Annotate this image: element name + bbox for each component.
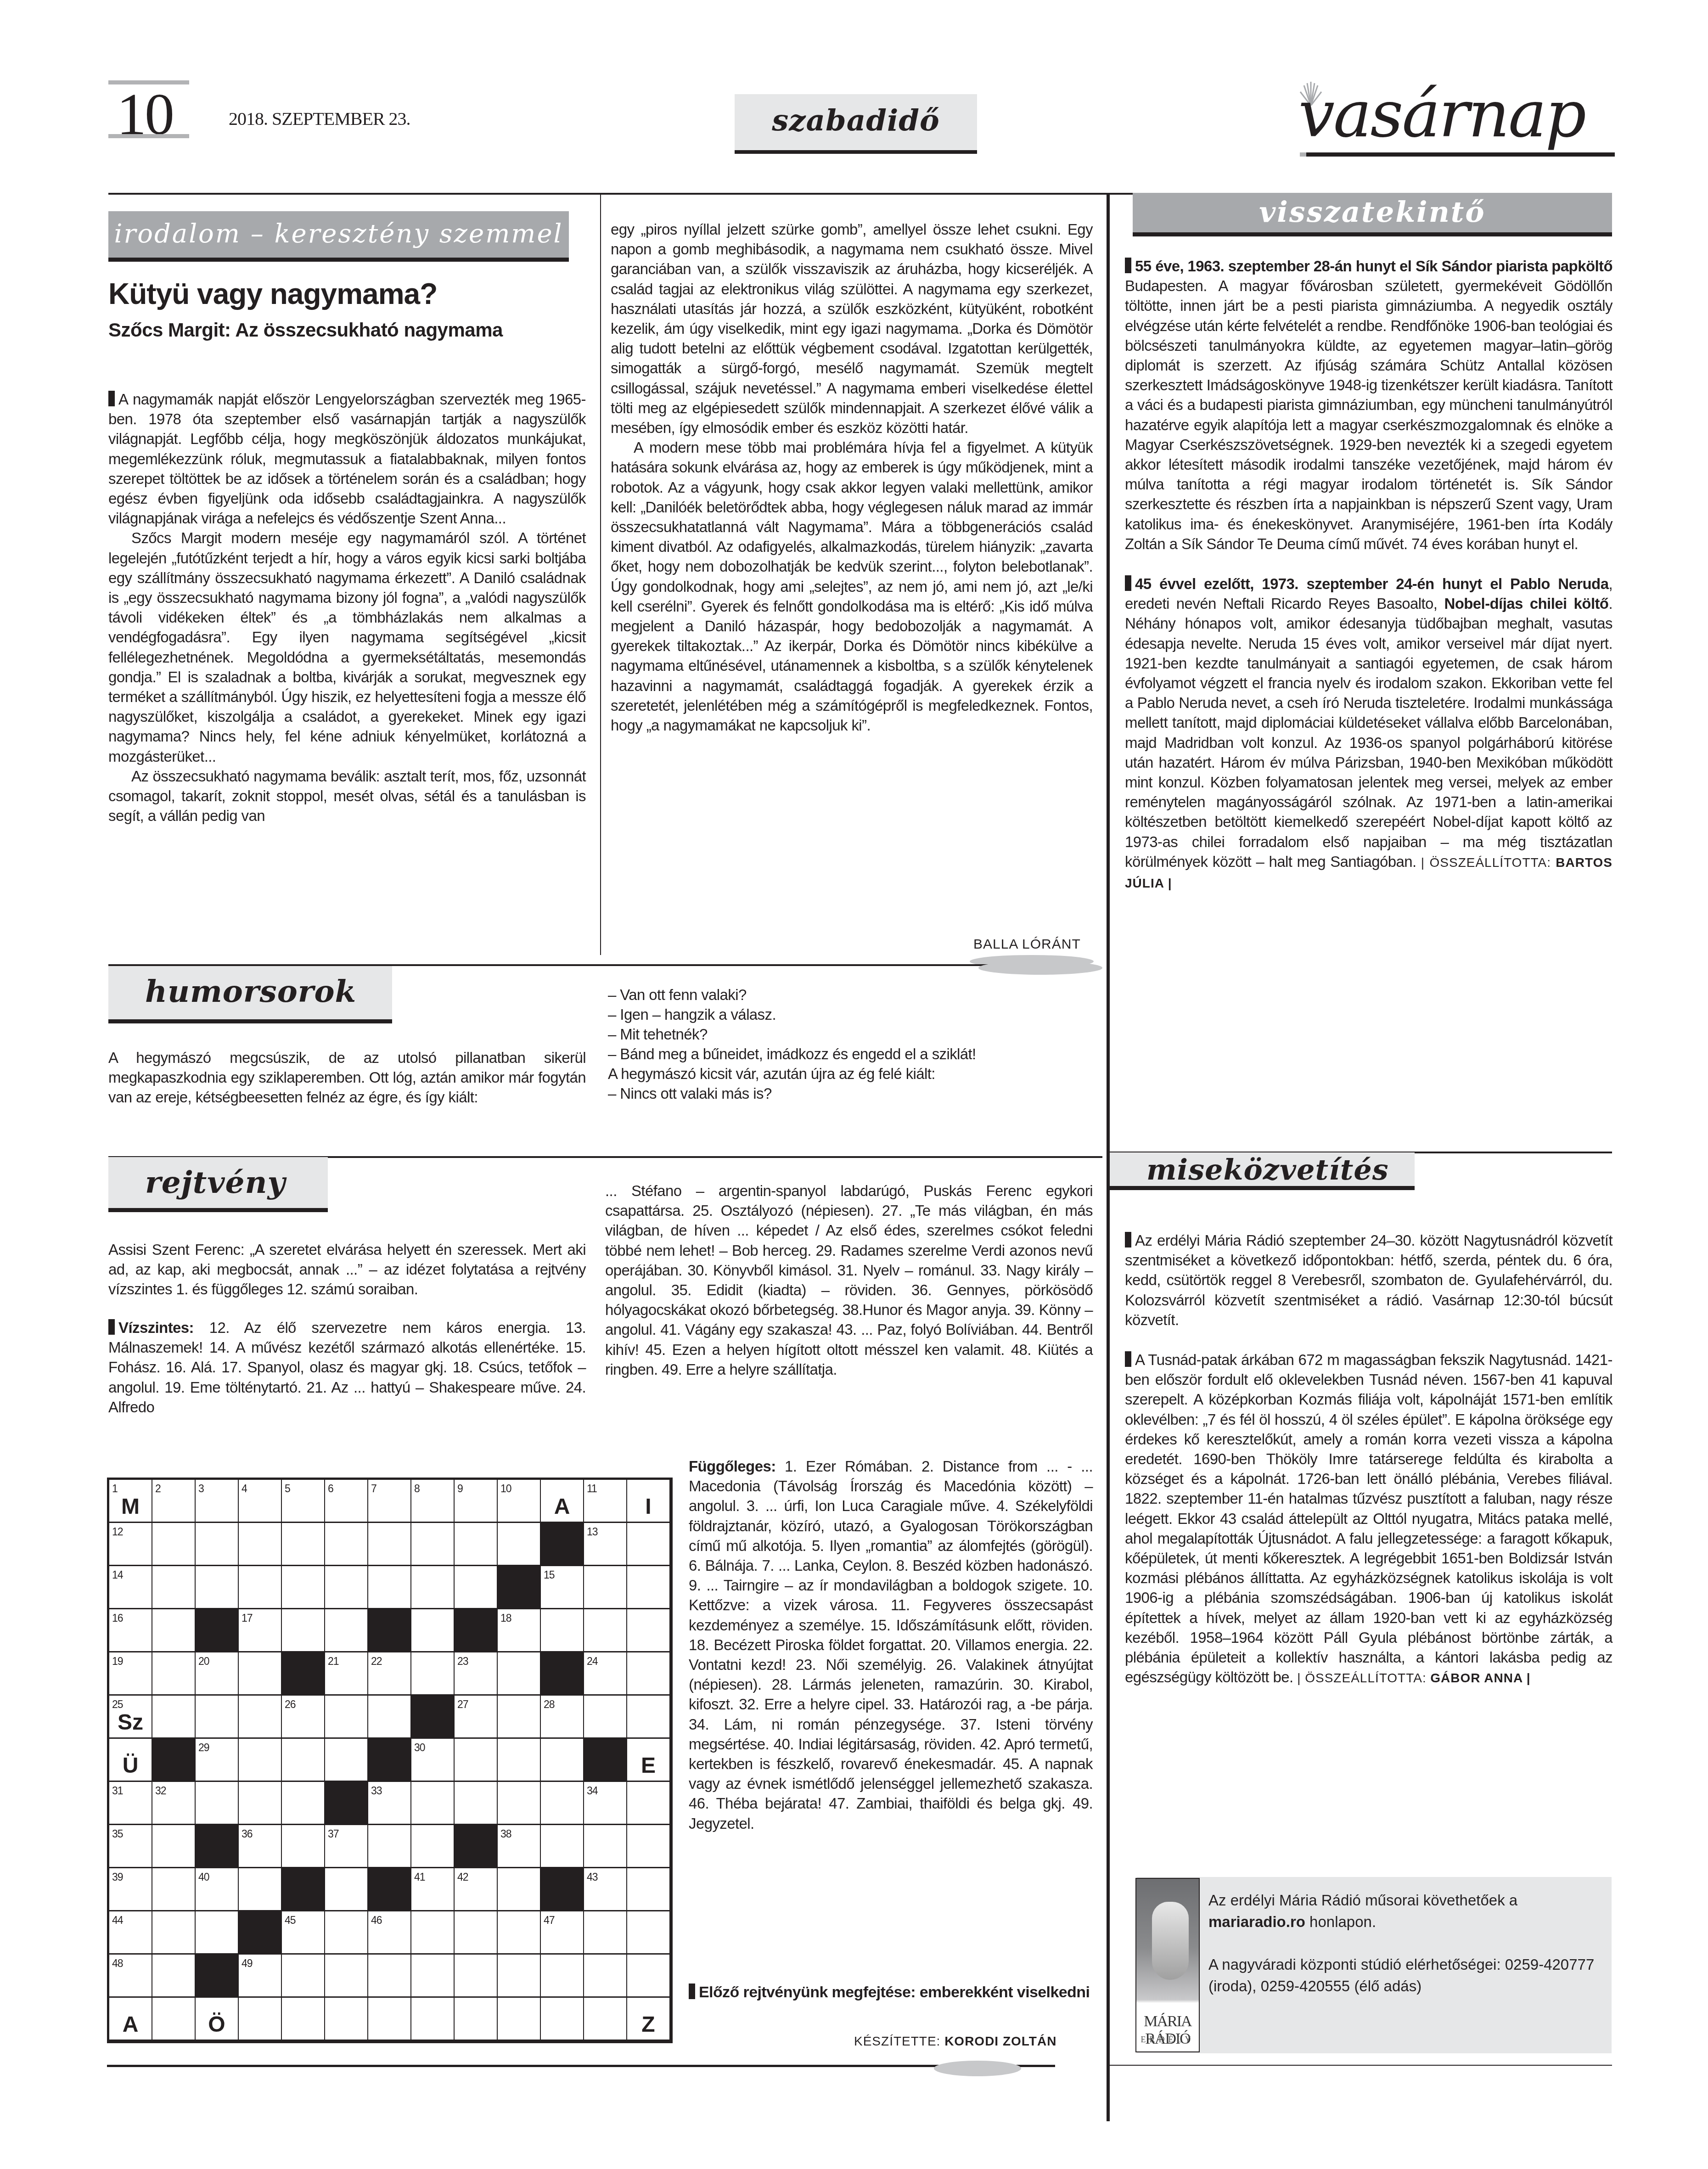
maria-radio-logo-image: MÁRIA RÁDIÓ ERDÉLY [1135,1878,1200,2052]
crossword-cell[interactable] [325,1566,368,1609]
cell-number: 29 [198,1742,209,1754]
issue-date: 2018. SZEPTEMBER 23. [229,108,410,129]
crossword-cell[interactable]: 38 [498,1825,541,1868]
crossword-cell[interactable] [325,1868,368,1911]
paragraph-bullet [108,391,115,406]
crossword-cell[interactable] [152,1955,196,1998]
article-paragraph: A modern mese több mai problémára hívja … [611,438,1093,735]
credit-label: | ÖSSZEÁLLÍTOTTA: [1297,1671,1427,1685]
crossword-cell[interactable] [282,1998,325,2041]
crossword-cell[interactable] [411,1998,455,2041]
cell-number: 34 [587,1785,598,1797]
crossword-cell[interactable] [411,1523,455,1566]
crossword-cell[interactable] [152,1566,196,1609]
crossword-cell[interactable] [239,1998,282,2041]
previous-solution-text: Előző rejtvényünk megfejtése: emberekkén… [699,1984,1090,2001]
crossword-cell[interactable]: A [109,1998,152,2041]
crossword-cell[interactable]: 5 [282,1480,325,1523]
crossword-cell[interactable] [368,1998,411,2041]
crossword-cell[interactable] [196,1782,239,1825]
mass-rubric: miseközvetítés [1110,1152,1415,1190]
cell-number: 1 [112,1483,118,1495]
crossword-cell[interactable]: 47 [541,1911,584,1955]
crossword-cell[interactable]: 9 [455,1480,498,1523]
crossword-cell[interactable]: 40 [196,1868,239,1911]
bottom-oval-decoration [934,2061,1021,2076]
cell-number: 18 [500,1612,511,1624]
cell-number: 48 [112,1957,123,1970]
crossword-cell[interactable] [498,1998,541,2041]
newspaper-logo: vasárnap [1298,83,1585,147]
crossword-cell[interactable] [325,1696,368,1739]
crossword-black-cell [152,1739,196,1782]
across-label: Vízszintes: [118,1319,194,1336]
maker-name: KORODI ZOLTÁN [944,2034,1056,2048]
crossword-cell[interactable]: A [541,1480,584,1523]
radio-url-link[interactable]: mariaradio.ro [1208,1913,1305,1930]
retro-item2-emphasis: Nobel-díjas chilei költő [1444,595,1608,612]
crossword-cell[interactable] [196,1911,239,1955]
crossword-cell[interactable] [239,1782,282,1825]
humor-line: – Mit tehetnék? [608,1024,1090,1044]
cell-number: 3 [198,1483,204,1495]
cell-number: 4 [242,1483,247,1495]
section-title: szabadidő [735,94,977,154]
crossword-cell[interactable] [627,1652,670,1696]
crossword-cell[interactable] [411,1566,455,1609]
cell-number: 33 [371,1785,382,1797]
crossword-cell[interactable] [541,1955,584,1998]
cell-number: 16 [112,1612,123,1624]
column-divider-article [600,193,601,955]
cell-letter: M [109,1496,152,1518]
crossword-cell[interactable]: Z [627,1998,670,2041]
paragraph-bullet [1125,1232,1131,1247]
crossword-cell[interactable] [325,1998,368,2041]
crossword-cell[interactable] [455,1523,498,1566]
crossword-cell[interactable] [584,1998,627,2041]
crossword-cell[interactable]: 22 [368,1652,411,1696]
crossword-cell[interactable]: 37 [325,1825,368,1868]
crossword-cell[interactable]: 13 [584,1523,627,1566]
humor-oval-decoration [978,961,1102,975]
cell-number: 9 [457,1483,463,1495]
crossword-cell[interactable] [282,1955,325,1998]
humor-line: A hegymászó kicsit vár, azután újra az é… [608,1064,1090,1084]
crossword-cell[interactable]: 49 [239,1955,282,1998]
cell-number: 46 [371,1914,382,1927]
crossword-cell[interactable] [325,1739,368,1782]
cell-number: 35 [112,1828,123,1840]
cell-number: 47 [544,1914,555,1927]
crossword-cell[interactable] [411,1782,455,1825]
crossword-cell[interactable]: 4 [239,1480,282,1523]
crossword-cell[interactable] [498,1911,541,1955]
article-subtitle: Szőcs Margit: Az összecsukható nagymama [108,317,522,343]
crossword-cell[interactable]: 25Sz [109,1696,152,1739]
crossword-cell[interactable]: 28 [541,1696,584,1739]
article-column-1: A nagymamák napját először Lengyelország… [108,389,586,826]
crossword-cell[interactable]: 29 [196,1739,239,1782]
crossword-cell[interactable] [196,1566,239,1609]
down-label: Függőleges: [689,1458,776,1475]
crossword-black-cell [196,1609,239,1652]
article-paragraph: egy „piros nyíllal jelzett szürke gomb”,… [611,219,1093,438]
cell-number: 38 [500,1828,511,1840]
crossword-cell[interactable]: 44 [109,1911,152,1955]
cell-number: 23 [457,1655,468,1668]
puzzle-intro: Assisi Szent Ferenc: „A szeretet elvárás… [108,1240,586,1299]
crossword-cell[interactable] [239,1696,282,1739]
crossword-cell[interactable] [152,1998,196,2041]
crossword-cell[interactable] [584,1696,627,1739]
crossword-cell[interactable]: 31 [109,1782,152,1825]
crossword-cell[interactable] [411,1911,455,1955]
crossword-cell[interactable]: 16 [109,1609,152,1652]
crossword-cell[interactable] [282,1566,325,1609]
crossword-black-cell [325,1782,368,1825]
crossword-cell[interactable]: 34 [584,1782,627,1825]
crossword-black-cell [455,1609,498,1652]
cell-number: 36 [242,1828,253,1840]
crossword-cell[interactable] [152,1696,196,1739]
crossword-cell[interactable]: 32 [152,1782,196,1825]
crossword-cell[interactable]: 2 [152,1480,196,1523]
cell-number: 39 [112,1871,123,1883]
crossword-cell[interactable]: 14 [109,1566,152,1609]
crossword-cell[interactable]: 18 [498,1609,541,1652]
page-number-bottom-bar [108,134,189,138]
bottom-rule [107,2065,1055,2067]
crossword-cell[interactable] [196,1523,239,1566]
radio-info-text: Az erdélyi Mária Rádió műsorai követhető… [1208,1889,1599,1997]
madonna-image-icon [1152,1902,1189,1980]
cell-number: 42 [457,1871,468,1883]
crossword-cell[interactable]: 12 [109,1523,152,1566]
puzzle-across-clues-part2: ... Stéfano – argentin-spanyol labdarúgó… [605,1181,1093,1379]
cell-number: 43 [587,1871,598,1883]
cell-number: 7 [371,1483,376,1495]
crossword-cell[interactable] [152,1523,196,1566]
cell-letter: I [627,1496,669,1518]
cell-number: 14 [112,1569,123,1581]
crossword-cell[interactable]: 11 [584,1480,627,1523]
maker-label: KÉSZÍTETTE: [854,2034,940,2048]
crossword-cell[interactable] [498,1739,541,1782]
crossword-cell[interactable] [282,1782,325,1825]
cell-number: 11 [587,1483,597,1495]
crossword-cell[interactable] [627,1825,670,1868]
puzzle-down-clues: Függőleges: 1. Ezer Rómában. 2. Distance… [689,1456,1093,1833]
crossword-cell[interactable] [239,1739,282,1782]
crossword-cell[interactable]: 8 [411,1480,455,1523]
crossword-cell[interactable] [368,1696,411,1739]
crossword-cell[interactable] [368,1955,411,1998]
crossword-cell[interactable] [455,1782,498,1825]
crossword-cell[interactable] [584,1955,627,1998]
crossword-black-cell [498,1566,541,1609]
paragraph-bullet [1125,1351,1131,1367]
puzzle-across-clues-part1: Vízszintes: 12. Az élő szervezetre nem k… [108,1318,586,1417]
crossword-cell[interactable] [455,1955,498,1998]
crossword-cell[interactable] [239,1523,282,1566]
crossword-cell[interactable] [411,1825,455,1868]
article-column-2: egy „piros nyíllal jelzett szürke gomb”,… [611,219,1093,735]
crossword-black-cell [368,1739,411,1782]
crossword-cell[interactable]: 15 [541,1566,584,1609]
article-paragraph: Szőcs Margit modern meséje egy nagymamár… [108,528,586,766]
humor-dialogue: – Van ott fenn valaki? – Igen – hangzik … [608,985,1090,1103]
cell-letter: Ö [196,2014,238,2036]
retro-item2-headline: 45 évvel ezelőtt, 1973. szeptember 24-én… [1135,575,1608,592]
cell-number: 8 [414,1483,420,1495]
mass-column: Az erdélyi Mária Rádió szeptember 24–30.… [1125,1231,1612,1688]
paragraph-bullet [108,1319,115,1335]
crossword-cell[interactable] [627,1609,670,1652]
crossword-cell[interactable] [498,1523,541,1566]
crossword-cell[interactable] [282,1825,325,1868]
crossword-cell[interactable] [541,1609,584,1652]
crossword-cell[interactable] [498,1696,541,1739]
crossword-cell[interactable] [498,1868,541,1911]
crossword-cell[interactable] [627,1868,670,1911]
crossword-black-cell [196,1955,239,1998]
crossword-cell[interactable]: 24 [584,1652,627,1696]
puzzle-maker: KÉSZÍTETTE: KORODI ZOLTÁN [854,2034,1056,2049]
crossword-cell[interactable] [239,1868,282,1911]
crossword-cell[interactable] [411,1609,455,1652]
crossword-cell[interactable]: 3 [196,1480,239,1523]
radio-text: Az erdélyi Mária Rádió műsorai követhető… [1208,1892,1517,1909]
crossword-cell[interactable] [455,1566,498,1609]
humor-line: – Bánd meg a bűneidet, imádkozz és enged… [608,1044,1090,1064]
crossword-cell[interactable] [325,1955,368,1998]
cell-number: 28 [544,1698,555,1711]
crossword-cell[interactable] [584,1911,627,1955]
crossword-cell[interactable]: 42 [455,1868,498,1911]
cell-number: 30 [414,1742,425,1754]
article-title: Kütyü vagy nagymama? [108,278,437,310]
humor-line: – Van ott fenn valaki? [608,985,1090,1005]
mass-bottom-rule [1110,2065,1612,2066]
crossword-cell[interactable]: 17 [239,1609,282,1652]
cell-letter: Z [627,2014,669,2036]
cell-number: 45 [285,1914,296,1927]
cell-number: 49 [242,1957,253,1970]
crossword-cell[interactable]: Ü [109,1739,152,1782]
crossword-cell[interactable] [325,1911,368,1955]
crossword-black-cell [368,1868,411,1911]
crossword-cell[interactable] [627,1696,670,1739]
crossword-cell[interactable]: 27 [455,1696,498,1739]
crossword-cell[interactable] [455,1998,498,2041]
cell-number: 19 [112,1655,123,1668]
credit-name: GÁBOR ANNA | [1430,1671,1530,1685]
crossword-cell[interactable] [152,1652,196,1696]
article-rubric: irodalom – keresztény szemmel [108,211,569,262]
cell-number: 12 [112,1526,123,1538]
crossword-cell[interactable]: I [627,1480,670,1523]
paragraph-bullet [1125,575,1131,591]
cell-letter: Ü [109,1755,152,1777]
cell-letter: E [627,1755,669,1777]
crossword-cell[interactable]: 30 [411,1739,455,1782]
crossword-grid[interactable]: 1M2345678910A11I121314151617181920212223… [107,1478,673,2043]
cell-number: 32 [155,1785,166,1797]
crossword-black-cell [368,1609,411,1652]
crossword-cell[interactable] [498,1955,541,1998]
crossword-cell[interactable] [239,1652,282,1696]
crossword-cell[interactable] [498,1652,541,1696]
cell-number: 25 [112,1698,123,1711]
logo-rule [1306,152,1615,157]
retro-item2-text: . Néhány hónapos volt, amikor édesanyja … [1125,595,1612,870]
cell-number: 22 [371,1655,382,1668]
crossword-cell[interactable] [584,1825,627,1868]
credit-label: | ÖSSZEÁLLÍTOTTA: [1421,855,1551,870]
crossword-cell[interactable] [627,1523,670,1566]
crossword-cell[interactable] [152,1911,196,1955]
crossword-cell[interactable]: 43 [584,1868,627,1911]
mass-paragraph: A Tusnád-patak árkában 672 m magasságban… [1125,1351,1612,1686]
article-paragraph: Az összecsukható nagymama beválik: aszta… [108,766,586,826]
crossword-cell[interactable] [541,1998,584,2041]
crossword-cell[interactable] [368,1566,411,1609]
crossword-cell[interactable] [627,1911,670,1955]
crossword-cell[interactable] [368,1523,411,1566]
cell-letter: A [109,2014,152,2036]
crossword-cell[interactable] [282,1609,325,1652]
cell-number: 10 [500,1483,511,1495]
humor-line: – Igen – hangzik a válasz. [608,1005,1090,1024]
crossword-black-cell [282,1652,325,1696]
crossword-cell[interactable] [627,1566,670,1609]
crossword-cell[interactable]: 6 [325,1480,368,1523]
crossword-cell[interactable] [368,1825,411,1868]
crossword-cell[interactable] [541,1825,584,1868]
cell-number: 21 [328,1655,339,1668]
cell-letter: Sz [109,1712,152,1734]
paragraph-bullet [1125,258,1131,273]
crossword-cell[interactable]: 1M [109,1480,152,1523]
crossword-cell[interactable] [627,1782,670,1825]
crossword-black-cell [196,1825,239,1868]
crossword-cell[interactable] [152,1825,196,1868]
cell-number: 27 [457,1698,468,1711]
humor-line: – Nincs ott valaki más is? [608,1084,1090,1103]
crossword-cell[interactable]: 7 [368,1480,411,1523]
crossword-black-cell [411,1696,455,1739]
crossword-cell[interactable] [455,1911,498,1955]
cell-number: 5 [285,1483,290,1495]
cell-number: 31 [112,1785,123,1797]
crossword-cell[interactable] [541,1782,584,1825]
cell-number: 41 [414,1871,425,1883]
article-author: BALLA LÓRÁNT [973,937,1081,952]
cell-number: 37 [328,1828,339,1840]
article-paragraph: A nagymamák napját először Lengyelország… [108,391,586,527]
crossword-cell[interactable] [282,1739,325,1782]
radio-text: honlapon. [1305,1913,1376,1930]
crossword-cell[interactable] [498,1782,541,1825]
retro-rubric: visszatekintő [1133,193,1612,236]
radio-logo-subtext: ERDÉLY [1136,2035,1199,2045]
paragraph-bullet [689,1984,695,1999]
crossword-cell[interactable] [411,1652,455,1696]
crossword-black-cell [584,1739,627,1782]
cell-letter: A [541,1496,583,1518]
crossword-cell[interactable]: 26 [282,1696,325,1739]
crossword-cell[interactable] [239,1566,282,1609]
cell-number: 40 [198,1871,209,1883]
crossword-cell[interactable] [584,1609,627,1652]
radio-contact: A nagyváradi központi stúdió elérhetőség… [1208,1954,1599,1997]
crossword-cell[interactable]: 35 [109,1825,152,1868]
crossword-cell[interactable]: Ö [196,1998,239,2041]
cell-number: 6 [328,1483,333,1495]
crossword-black-cell [282,1868,325,1911]
crossword-cell[interactable] [196,1696,239,1739]
crossword-cell[interactable] [282,1523,325,1566]
crossword-cell[interactable]: 41 [411,1868,455,1911]
retro-item1-text: Budapesten. A magyar fővárosban születet… [1125,277,1612,552]
crossword-cell[interactable] [411,1955,455,1998]
crossword-cell[interactable] [584,1566,627,1609]
humor-intro: A hegymászó megcsúszik, de az utolsó pil… [108,1048,586,1107]
crossword-cell[interactable] [152,1868,196,1911]
crossword-cell[interactable]: 21 [325,1652,368,1696]
crossword-cell[interactable]: 10 [498,1480,541,1523]
crossword-cell[interactable]: E [627,1739,670,1782]
cell-number: 13 [587,1526,598,1538]
cell-number: 15 [544,1569,555,1581]
cell-number: 17 [242,1612,253,1624]
crossword-cell[interactable]: 20 [196,1652,239,1696]
crossword-black-cell [541,1652,584,1696]
crossword-cell[interactable]: 46 [368,1911,411,1955]
puzzle-rubric: rejtvény [108,1157,328,1212]
crossword-cell[interactable]: 19 [109,1652,152,1696]
crossword-black-cell [239,1911,282,1955]
crossword-cell[interactable] [325,1523,368,1566]
crossword-cell[interactable] [455,1739,498,1782]
crossword-black-cell [455,1825,498,1868]
cell-number: 20 [198,1655,209,1668]
crossword-cell[interactable] [541,1739,584,1782]
previous-solution: Előző rejtvényünk megfejtése: emberekkén… [689,1983,1093,2002]
crossword-cell[interactable]: 33 [368,1782,411,1825]
crossword-cell[interactable]: 39 [109,1868,152,1911]
crossword-cell[interactable]: 36 [239,1825,282,1868]
crossword-black-cell [541,1868,584,1911]
logo-rule-accent [1300,152,1306,157]
down-clues-text: 1. Ezer Rómában. 2. Distance from ... - … [689,1458,1093,1832]
retro-item1-headline: 55 éve, 1963. szeptember 28-án hunyt el … [1135,258,1612,275]
cell-number: 24 [587,1655,598,1668]
mass-paragraph: Az erdélyi Mária Rádió szeptember 24–30.… [1125,1232,1612,1328]
crossword-black-cell [541,1523,584,1566]
crossword-cell[interactable] [152,1609,196,1652]
crossword-cell[interactable]: 23 [455,1652,498,1696]
cell-number: 26 [285,1698,296,1711]
cell-number: 2 [155,1483,161,1495]
crossword-cell[interactable] [325,1609,368,1652]
crossword-cell[interactable]: 45 [282,1911,325,1955]
crossword-cell[interactable] [627,1955,670,1998]
column-divider-right [1107,193,1110,2121]
humor-rubric: humorsorok [108,966,392,1023]
crossword-cell[interactable]: 48 [109,1955,152,1998]
